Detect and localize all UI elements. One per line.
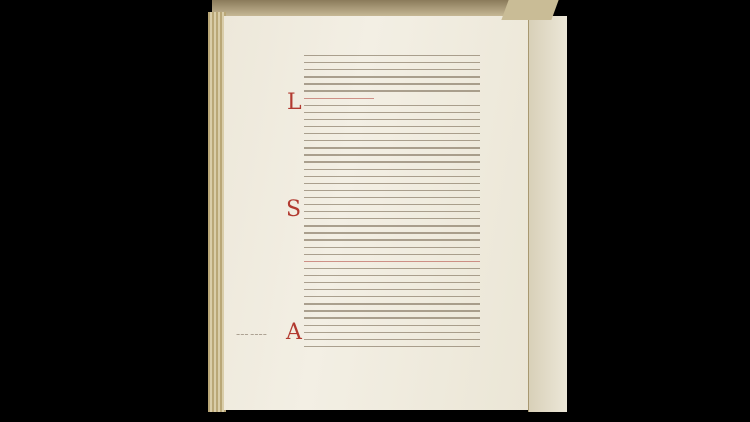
text-line	[304, 183, 480, 184]
text-column	[304, 55, 480, 353]
initial-a: A	[286, 320, 302, 345]
text-line	[304, 247, 480, 248]
manuscript-photo: L S A ~~~ ~~~~	[0, 0, 750, 422]
text-line	[304, 83, 480, 84]
page-corner	[501, 0, 558, 20]
text-line	[304, 133, 480, 134]
initial-s: S	[286, 197, 301, 222]
text-line	[304, 62, 480, 63]
text-line	[304, 176, 480, 177]
text-line	[304, 161, 480, 162]
text-line	[304, 76, 480, 77]
facing-page	[528, 16, 567, 412]
text-line	[304, 232, 480, 233]
text-line	[304, 90, 480, 91]
text-line	[304, 112, 480, 113]
text-line	[304, 268, 480, 269]
text-line	[304, 147, 480, 148]
text-line	[304, 261, 480, 262]
text-line	[304, 239, 480, 240]
text-line	[304, 310, 480, 311]
text-line	[304, 325, 480, 326]
marginal-note: ~~~ ~~~~	[236, 332, 267, 338]
text-line	[304, 296, 480, 297]
text-line	[304, 275, 480, 276]
text-line	[304, 204, 480, 205]
text-line	[304, 282, 480, 283]
text-line	[304, 303, 480, 304]
text-line	[304, 55, 480, 56]
text-line	[304, 218, 480, 219]
text-line	[304, 332, 480, 333]
text-line	[304, 105, 480, 106]
text-line	[304, 225, 480, 226]
text-line	[304, 69, 480, 70]
text-line	[304, 346, 480, 347]
text-line	[304, 169, 480, 170]
text-line	[304, 140, 480, 141]
text-line	[304, 126, 480, 127]
text-line	[304, 289, 480, 290]
text-line	[304, 339, 480, 340]
initial-l: L	[287, 90, 302, 115]
text-line	[304, 190, 480, 191]
text-line	[304, 119, 480, 120]
text-line	[304, 98, 374, 99]
text-line	[304, 254, 480, 255]
text-line	[304, 317, 480, 318]
text-line	[304, 211, 480, 212]
text-line	[304, 154, 480, 155]
text-line	[304, 197, 480, 198]
